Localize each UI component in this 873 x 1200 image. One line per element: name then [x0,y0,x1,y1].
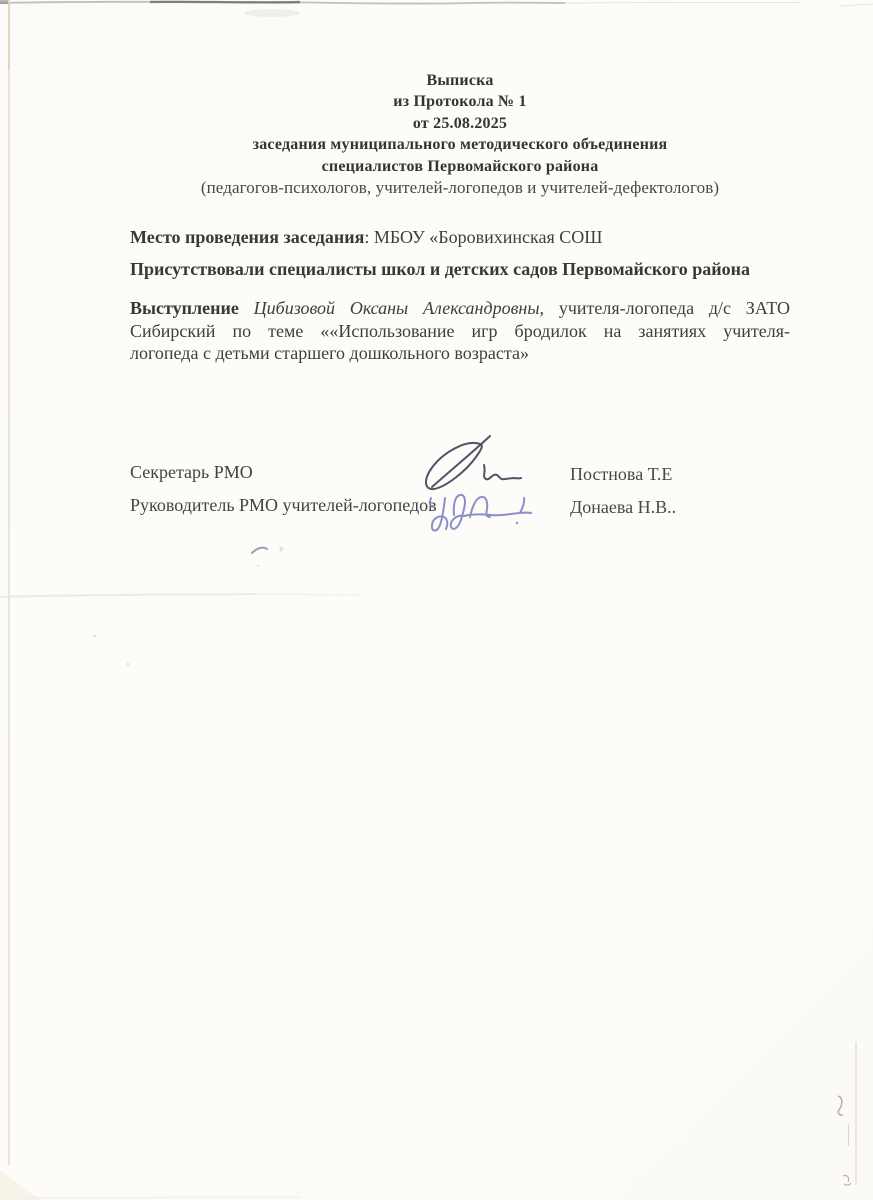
speech-line-3: логопеда с детьми старшего дошкольного в… [130,342,790,365]
document-header: Выписка из Протокола № 1 от 25.08.2025 з… [130,70,790,198]
attendees-line: Присутствовали специалисты школ и детски… [130,257,790,281]
doc-subtitle: (педагогов-психологов, учителей-логопедо… [130,177,790,198]
speaker-title: учителя-логопеда д/с ЗАТО [559,298,790,318]
doc-title-line-1: Выписка [130,70,790,91]
location-value: : МБОУ «Боровихинская СОШ [364,227,602,247]
signature-name-secretary: Постнова Т.Е [570,463,672,485]
document-content: Выписка из Протокола № 1 от 25.08.2025 з… [130,0,790,1200]
speech-paragraph: Выступление Цибизовой Оксаны Александров… [130,297,790,365]
doc-title-line-3: от 25.08.2025 [130,113,790,134]
signature-role-head: Руководитель РМО учителей-логопедов [130,494,437,516]
speaker-name: Цибизовой Оксаны Александровны, [254,298,544,318]
speech-line-1: Выступление Цибизовой Оксаны Александров… [130,297,790,320]
signature-name-head: Донаева Н.В.. [570,496,676,518]
doc-title-line-2: из Протокола № 1 [130,91,790,112]
location-label: Место проведения заседания [130,227,364,247]
doc-title-line-4: заседания муниципального методического о… [130,134,790,155]
speech-line-2: Сибирский по теме ««Использование игр бр… [130,320,790,343]
scanned-document-page: Выписка из Протокола № 1 от 25.08.2025 з… [0,0,873,1200]
location-line: Место проведения заседания: МБОУ «Борови… [130,225,790,249]
doc-title-line-5: специалистов Первомайского района [130,156,790,177]
signature-role-secretary: Секретарь РМО [130,461,253,483]
speech-label: Выступление [130,298,239,318]
